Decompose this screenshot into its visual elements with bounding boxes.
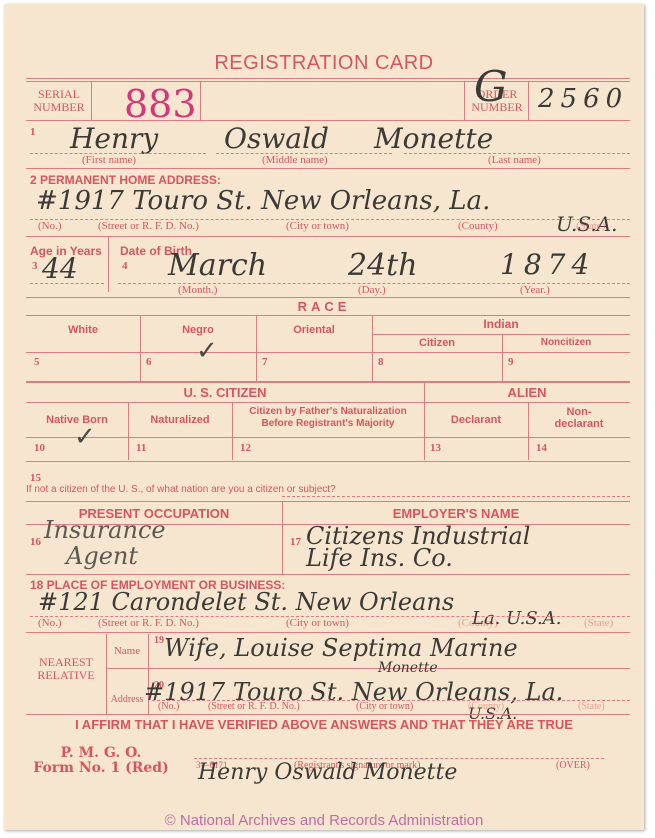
card-title: REGISTRATION CARD: [4, 52, 644, 75]
field-number: 15: [30, 472, 41, 484]
relative-name-label: Name: [106, 645, 148, 657]
nondeclarant-label: Non- declarant: [528, 406, 630, 430]
checkmark-icon: ✓: [196, 336, 218, 366]
relative-name-value: Wife, Louise Septima Marine: [164, 634, 518, 662]
caption-year: (Year.): [520, 284, 550, 296]
caption-month: (Month.): [178, 284, 217, 296]
home-address-value: #1917 Touro St. New Orleans, La.: [36, 186, 490, 216]
home-address-label: 2 PERMANENT HOME ADDRESS:: [30, 173, 221, 187]
caption-state: (State): [576, 220, 605, 232]
serial-number-label: SERIAL NUMBER: [28, 88, 90, 114]
registration-card: REGISTRATION CARD SERIAL NUMBER 883 ORDE…: [4, 4, 644, 830]
race-title: RACE: [4, 299, 644, 314]
relative-name-value2: Monette: [378, 660, 438, 676]
order-number-value: 2560: [538, 84, 628, 114]
caption-city: (City or town): [286, 220, 349, 232]
alien-title: ALIEN: [424, 385, 630, 400]
middle-name-value: Oswald: [224, 122, 329, 155]
employer-line2: Life Ins. Co.: [306, 544, 453, 572]
first-name-value: Henry: [70, 122, 158, 155]
caption-last-name: (Last name): [488, 154, 541, 166]
dob-month-value: March: [168, 248, 267, 283]
caption-county: (County): [458, 220, 498, 232]
place-of-employment-value: #121 Carondelet St. New Orleans: [38, 588, 454, 616]
order-number-annotation: G: [474, 62, 508, 111]
occupation-line2: Agent: [66, 542, 138, 570]
last-name-value: Monette: [374, 122, 493, 155]
age-value: 44: [42, 252, 78, 285]
dob-day-value: 24th: [348, 248, 418, 283]
caption-street: (Street or R. F. D. No.): [208, 701, 300, 712]
caption-street: (Street or R. F. D. No.): [98, 220, 199, 232]
field-number: 10: [34, 442, 45, 454]
us-citizen-title: U. S. CITIZEN: [26, 385, 424, 400]
checkmark-icon: ✓: [74, 422, 96, 452]
field-number: 5: [34, 356, 40, 368]
caption-day: (Day.): [358, 284, 386, 296]
caption-first-name: (First name): [82, 154, 136, 166]
form-identifier: P. M. G. O. Form No. 1 (Red): [26, 746, 176, 776]
caption-no: (No.): [38, 220, 62, 232]
employer-label: EMPLOYER'S NAME: [282, 506, 630, 521]
caption-middle-name: (Middle name): [262, 154, 328, 166]
race-negro-label: Negro: [140, 324, 256, 336]
field-number: 12: [240, 442, 251, 454]
field-number: 4: [122, 260, 128, 272]
field-number: 14: [536, 442, 547, 454]
caption-state: (State): [584, 617, 613, 629]
caption-city: (City or town): [356, 701, 413, 712]
field-number: 9: [508, 356, 514, 368]
race-white-label: White: [26, 324, 140, 336]
affirmation-text: I AFFIRM THAT I HAVE VERIFIED ABOVE ANSW…: [4, 717, 644, 732]
field-number: 19: [154, 635, 164, 646]
caption-city: (City or town): [286, 617, 349, 629]
field-number: 7: [262, 356, 268, 368]
field-number: 3: [32, 260, 38, 272]
caption-county: (County): [468, 701, 504, 712]
field-number: 17: [290, 536, 301, 548]
caption-no: (No.): [38, 617, 62, 629]
field-number: 13: [430, 442, 441, 454]
field-number: 6: [146, 356, 152, 368]
caption-no: (No.): [158, 701, 179, 712]
naturalized-label: Naturalized: [128, 414, 232, 426]
declarant-label: Declarant: [424, 414, 528, 426]
nearest-relative-label: NEAREST RELATIVE: [26, 656, 106, 682]
by-father-naturalization-label: Citizen by Father's Naturalization Befor…: [232, 406, 424, 430]
nationality-question: If not a citizen of the U. S., of what n…: [26, 484, 336, 495]
relative-address-label: Address: [106, 694, 148, 705]
caption-street: (Street or R. F. D. No.): [98, 617, 199, 629]
registrant-signature: Henry Oswald Monette: [198, 760, 457, 785]
race-indian-citizen-label: Citizen: [372, 337, 502, 349]
race-indian-noncitizen-label: Noncitizen: [502, 337, 630, 348]
race-indian-label: Indian: [372, 317, 630, 331]
field-number: 1: [30, 126, 36, 138]
occupation-line1: Insurance: [44, 516, 166, 544]
field-number: 8: [378, 356, 384, 368]
caption-county: (County): [458, 617, 498, 629]
race-oriental-label: Oriental: [256, 324, 372, 336]
field-number: 16: [30, 536, 41, 548]
caption-state: (State): [578, 701, 605, 712]
copyright-watermark: © National Archives and Records Administ…: [4, 812, 644, 829]
field-number: 11: [136, 442, 146, 454]
over-label: (OVER): [556, 760, 590, 771]
dob-year-value: 1874: [500, 248, 595, 281]
